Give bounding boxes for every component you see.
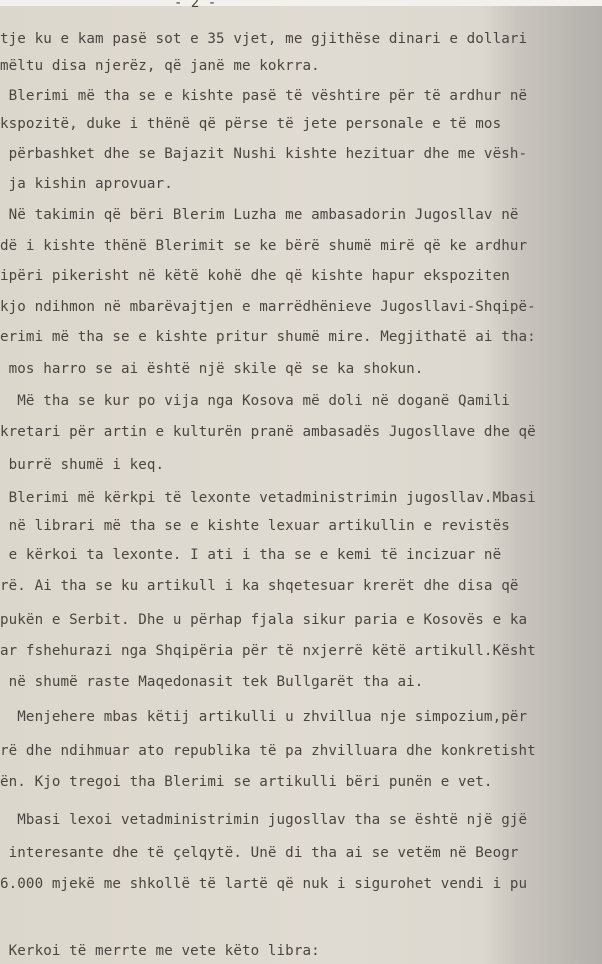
text-line: Blerimi më kërkpi të lexonte vetadminist… bbox=[0, 490, 536, 506]
page-top-edge bbox=[0, 0, 602, 6]
text-line: Menjehere mbas këtij artikulli u zhvillu… bbox=[0, 709, 527, 725]
text-line: ar fshehurazi nga Shqipëria për të nxjer… bbox=[0, 643, 536, 659]
text-line: interesante dhe të çelqytë. Unë di tha a… bbox=[0, 845, 519, 861]
text-line: Më tha se kur po vija nga Kosova më doli… bbox=[0, 393, 510, 409]
text-line: rë. Ai tha se ku artikull i ka shqetesua… bbox=[0, 578, 519, 594]
text-line: përbashket dhe se Bajazit Nushi kishte h… bbox=[0, 146, 527, 162]
text-line: erimi më tha se e kishte pritur shumë mi… bbox=[0, 329, 536, 345]
text-line: 6.000 mjekë me shkollë të lartë që nuk i… bbox=[0, 876, 527, 892]
text-line: ën. Kjo tregoi tha Blerimi se artikulli … bbox=[0, 774, 493, 790]
text-line: pukën e Serbit. Dhe u përhap fjala sikur… bbox=[0, 612, 527, 628]
text-line: në librari më tha se e kishte lexuar art… bbox=[0, 518, 510, 534]
text-line: e kërkoi ta lexonte. I ati i tha se e ke… bbox=[0, 547, 501, 563]
text-line: ja kishin aprovuar. bbox=[0, 176, 173, 192]
closing-line: Kerkoi të merrte me vete këto libra: bbox=[0, 943, 320, 959]
text-line: kspozitë, duke i thënë që përse të jete … bbox=[0, 116, 501, 132]
text-line: në shumë raste Maqedonasit tek Bullgarët… bbox=[0, 674, 423, 690]
text-line: Në takimin që bëri Blerim Luzha me ambas… bbox=[0, 207, 519, 223]
text-line: rë dhe ndihmuar ato republika të pa zhvi… bbox=[0, 743, 536, 759]
text-line: Mbasi lexoi vetadministrimin jugosllav t… bbox=[0, 812, 527, 828]
text-line: Blerimi më tha se e kishte pasë të vësht… bbox=[0, 88, 527, 104]
text-line: mëltu disa njerëz, që janë me kokrra. bbox=[0, 58, 320, 74]
text-line: kretari për artin e kulturën pranë ambas… bbox=[0, 424, 536, 440]
text-line: kjo ndihmon në mbarëvajtjen e marrëdhëni… bbox=[0, 299, 536, 315]
text-line: dë i kishte thënë Blerimit se ke bërë sh… bbox=[0, 238, 527, 254]
text-line: mos harro se ai është një skile që se ka… bbox=[0, 361, 423, 377]
text-line: ipëri pikerisht në këtë kohë dhe që kish… bbox=[0, 268, 510, 284]
text-line: tje ku e kam pasë sot e 35 vjet, me gjit… bbox=[0, 31, 527, 47]
text-line: burrë shumë i keq. bbox=[0, 457, 164, 473]
page-number: - 2 - bbox=[174, 0, 216, 11]
